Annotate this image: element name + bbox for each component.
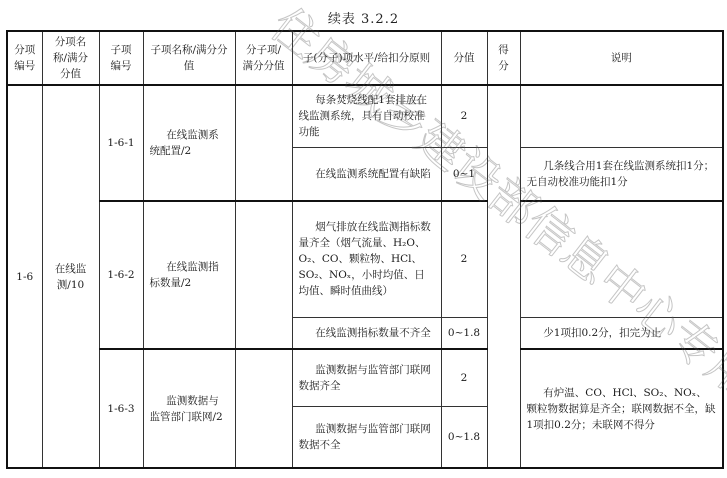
- criteria-cell: 监测数据与监管部门联网数据不全: [292, 406, 441, 468]
- value-cell: 0~1.8: [441, 317, 487, 349]
- sub-no-cell: 1-6-3: [99, 349, 143, 468]
- value-cell: 2: [441, 85, 487, 147]
- note-cell-empty: [520, 201, 723, 317]
- item-no-cell: 1-6: [7, 85, 42, 468]
- header-row: 分项编号 分项名称/满分分值 子项编号 子项名称/满分分值 分子项/满分分值 子…: [7, 31, 723, 85]
- subsub-cell: [235, 349, 292, 468]
- header-score-got: 得分: [487, 31, 520, 85]
- table-row: 1-6 在线监测/10 1-6-1 在线监测系统配置/2 每条焚烧线配1套排放在…: [7, 85, 723, 147]
- note-cell-empty: [520, 85, 723, 147]
- note-cell: 少1项扣0.2分，扣完为止: [520, 317, 723, 349]
- criteria-cell: 每条焚烧线配1套排放在线监测系统，具有自动校准功能: [292, 85, 441, 147]
- subsub-cell: [235, 201, 292, 349]
- value-cell: 0~1: [441, 147, 487, 201]
- subsub-cell: [235, 85, 292, 201]
- header-item-name: 分项名称/满分分值: [42, 31, 99, 85]
- value-cell: 2: [441, 349, 487, 406]
- table-row: 1-6-2 在线监测指标数量/2 烟气排放在线监测指标数量齐全（烟气流量、H₂O…: [7, 201, 723, 317]
- criteria-cell: 烟气排放在线监测指标数量齐全（烟气流量、H₂O、O₂、CO、颗粒物、HCl、SO…: [292, 201, 441, 317]
- table-row: 1-6-3 监测数据与监管部门联网/2 监测数据与监管部门联网数据齐全 2 有炉…: [7, 349, 723, 406]
- score-got-cell[interactable]: [487, 85, 520, 468]
- header-sub-no: 子项编号: [99, 31, 143, 85]
- item-name-cell: 在线监测/10: [42, 85, 99, 468]
- table-caption: 续表 3.2.2: [0, 8, 727, 27]
- sub-name-cell: 在线监测指标数量/2: [143, 201, 235, 349]
- header-subsub: 分子项/满分分值: [235, 31, 292, 85]
- value-cell: 0~1.8: [441, 406, 487, 468]
- header-item-no: 分项编号: [7, 31, 42, 85]
- sub-no-cell: 1-6-2: [99, 201, 143, 349]
- sub-name-cell: 监测数据与监管部门联网/2: [143, 349, 235, 468]
- header-sub-name: 子项名称/满分分值: [143, 31, 235, 85]
- note-cell: 有炉温、CO、HCl、SO₂、NOₓ、颗粒物数据算是齐全；联网数据不全，缺1项扣…: [520, 349, 723, 468]
- header-criteria: 子(分子)项水平/给扣分原则: [292, 31, 441, 85]
- value-cell: 2: [441, 201, 487, 317]
- scoring-table: 分项编号 分项名称/满分分值 子项编号 子项名称/满分分值 分子项/满分分值 子…: [6, 30, 724, 469]
- note-cell: 几条线合用1套在线监测系统扣1分；无自动校准功能扣1分: [520, 147, 723, 201]
- header-score-value: 分值: [441, 31, 487, 85]
- header-note: 说明: [520, 31, 723, 85]
- criteria-cell: 在线监测指标数量不齐全: [292, 317, 441, 349]
- criteria-cell: 监测数据与监管部门联网数据齐全: [292, 349, 441, 406]
- criteria-cell: 在线监测系统配置有缺陷: [292, 147, 441, 201]
- sub-no-cell: 1-6-1: [99, 85, 143, 201]
- sub-name-cell: 在线监测系统配置/2: [143, 85, 235, 201]
